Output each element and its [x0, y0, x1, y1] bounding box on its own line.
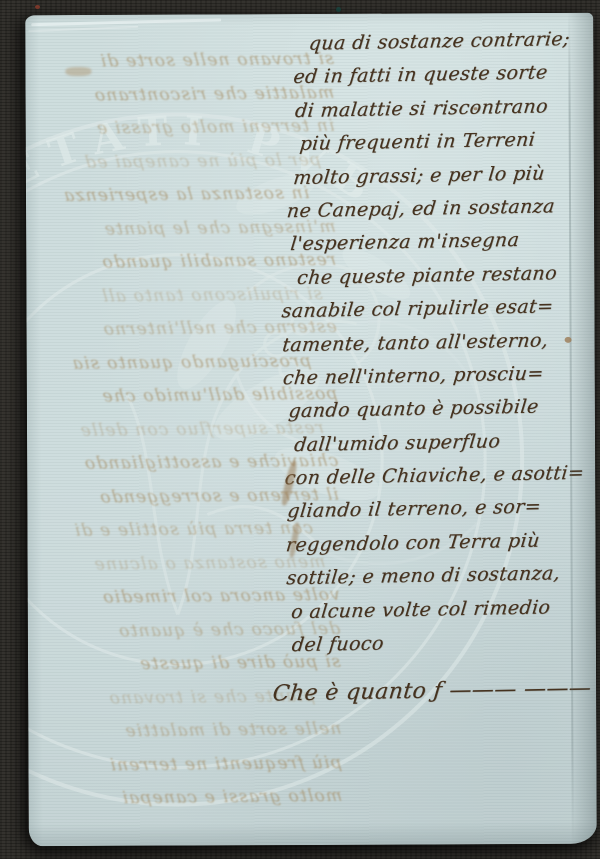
manuscript-closing-line: Che è quanto ƒ ——— ———: [271, 672, 597, 711]
manuscript-line: che queste piante restano: [295, 256, 592, 295]
foxing-stain: [65, 67, 91, 76]
page-edge-highlight: [31, 18, 221, 26]
bleedthrough-line: resta superfluo con delle: [34, 412, 325, 449]
manuscript-line: del fuoco: [290, 624, 597, 663]
backdrop-speck: [336, 7, 341, 12]
manuscript-line: o alcune volte col rimedio: [289, 590, 596, 629]
bleedthrough-line: in sostanza la esperienza: [32, 177, 311, 214]
manuscript-line: l'esperienza m'insegna: [289, 223, 592, 262]
bleedthrough-line: nelle sorte di malattie: [38, 713, 343, 750]
manuscript-line: gliando il terreno, e sor=: [286, 490, 597, 529]
page-edge-highlight: [28, 26, 138, 32]
manuscript-line: sanabile col ripulirle esat=: [280, 290, 593, 329]
manuscript-page: PROPRIETATI PVB: [25, 13, 597, 846]
manuscript-line: molto grassi; e per lo più: [292, 156, 591, 195]
manuscript-line: più frequenti in Terreni: [298, 123, 590, 162]
manuscript-line: di malattie si riscontrano: [293, 89, 589, 128]
manuscript-line: sottile; e meno di sostanza,: [285, 557, 597, 596]
bleedthrough-line: con terra più sottile e di: [35, 512, 314, 549]
photograph-backdrop: PROPRIETATI PVB: [0, 0, 600, 859]
bleedthrough-line: prosciugando quanto sia: [34, 345, 313, 382]
backdrop-speck: [35, 5, 40, 9]
bleedthrough-line: molto grassi e canepai: [38, 780, 342, 817]
manuscript-text: qua di sostanze contrarie; ed in fatti i…: [276, 23, 596, 711]
manuscript-line: gando quanto è possibile: [287, 390, 595, 429]
manuscript-line: dall'umido superfluo: [292, 423, 595, 462]
manuscript-line: tamente, tanto all'esterno,: [281, 323, 594, 362]
foxing-stain: [474, 107, 478, 110]
bleedthrough-line: più frequenti ne terreni: [38, 746, 342, 783]
manuscript-line: ed in fatti in queste sorte: [292, 56, 589, 95]
bleedthrough-line: meno sostanza o alcune: [36, 545, 327, 582]
foxing-stain: [565, 337, 572, 343]
